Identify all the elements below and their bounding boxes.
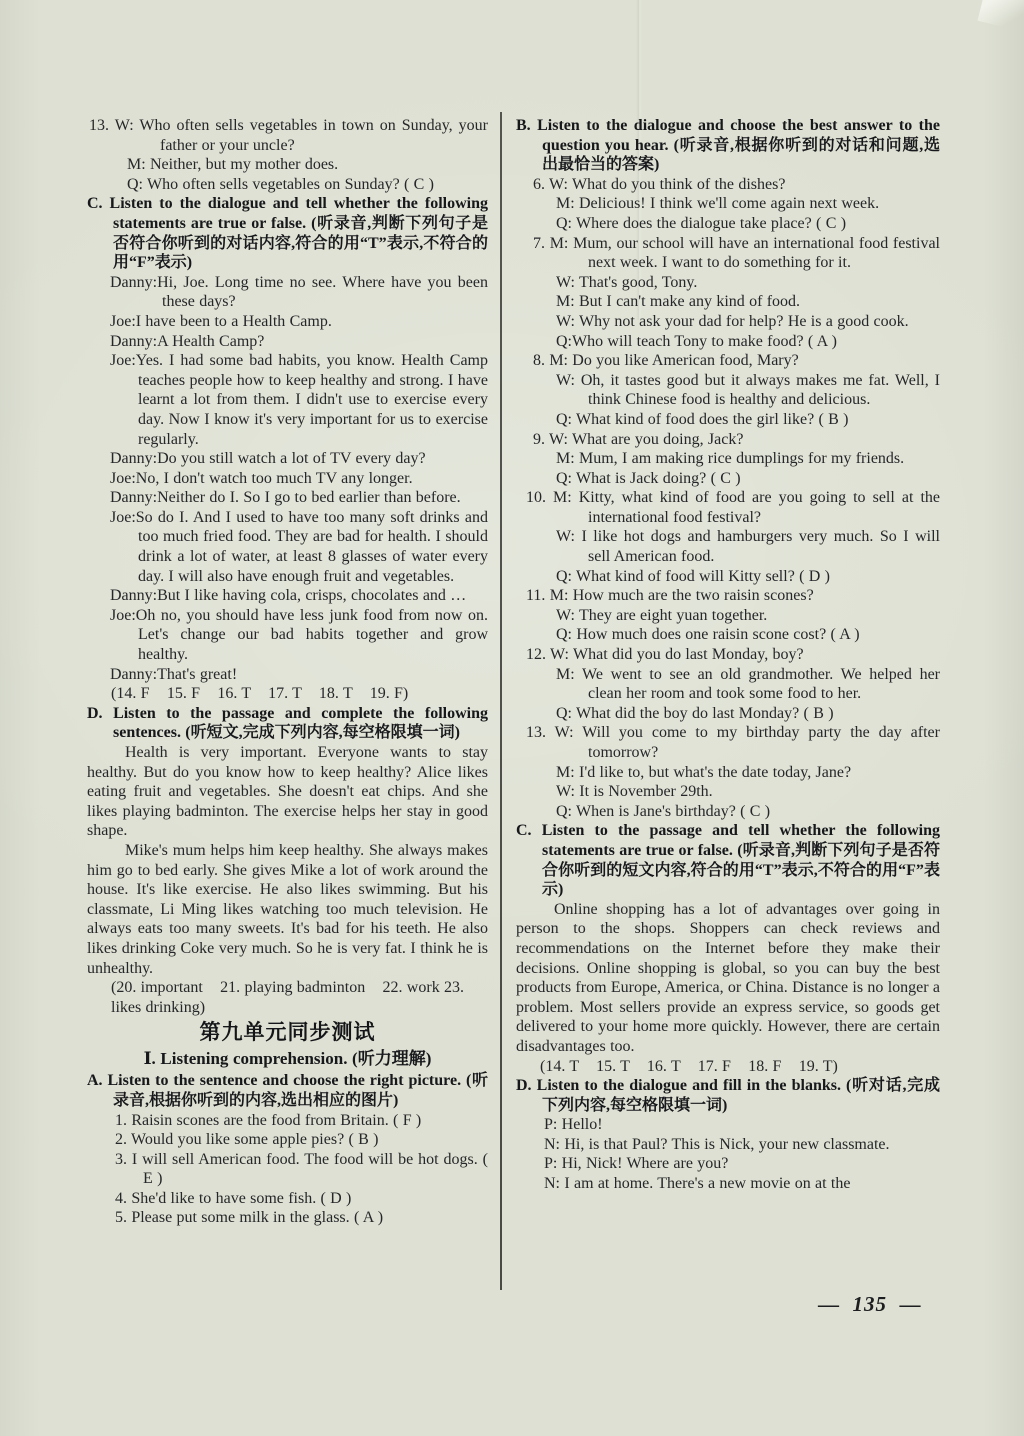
text-line: Joe:So do I. And I used to have too many… — [87, 508, 488, 586]
text-line: N: I am at home. There's a new movie on … — [516, 1174, 940, 1194]
text-line: P: Hi, Nick! Where are you? — [516, 1154, 940, 1174]
text-line: M: Delicious! I think we'll come again n… — [516, 194, 940, 214]
text-line: M: Mum, I am making rice dumplings for m… — [516, 449, 940, 469]
text-line: W: That's good, Tony. — [516, 273, 940, 293]
page-footer: — 135 — — [818, 1292, 978, 1317]
text-line: 3. I will sell American food. The food w… — [87, 1150, 488, 1189]
text-line: 9. W: What are you doing, Jack? — [516, 430, 940, 450]
column-divider — [500, 112, 502, 1290]
text-line: W: They are eight yuan together. — [516, 606, 940, 626]
text-line: Joe:No, I don't watch too much TV any lo… — [87, 469, 488, 489]
text-line: 2. Would you like some apple pies? ( B ) — [87, 1130, 488, 1150]
text-line: Q: Who often sells vegetables on Sunday?… — [87, 175, 488, 195]
text-line: 10. M: Kitty, what kind of food are you … — [516, 488, 940, 527]
text-line: Q: What kind of food does the girl like?… — [516, 410, 940, 430]
text-line: Q: What kind of food will Kitty sell? ( … — [516, 567, 940, 587]
text-line: 4. She'd like to have some fish. ( D ) — [87, 1189, 488, 1209]
text-line: Q: What did the boy do last Monday? ( B … — [516, 704, 940, 724]
text-line: Joe:Yes. I had some bad habits, you know… — [87, 351, 488, 449]
unit-title: 第九单元同步测试 — [87, 1017, 488, 1047]
text-line: 13. W: Who often sells vegetables in tow… — [87, 116, 488, 155]
exercise-heading: A. Listen to the sentence and choose the… — [87, 1071, 488, 1110]
text-line: 13. W: Will you come to my birthday part… — [516, 723, 940, 762]
exercise-heading: C. Listen to the dialogue and tell wheth… — [87, 194, 488, 272]
page-corner-fold — [978, 0, 1024, 34]
answer-key-line: (14. F 15. F 16. T 17. T 18. T 19. F) — [87, 684, 488, 704]
right-column: B. Listen to the dialogue and choose the… — [516, 116, 940, 1194]
footer-right-dash: — — [900, 1292, 922, 1316]
text-line: Online shopping has a lot of advantages … — [516, 900, 940, 1057]
text-line: Q: What is Jack doing? ( C ) — [516, 469, 940, 489]
exercise-heading: D. Listen to the passage and complete th… — [87, 704, 488, 743]
exercise-heading: B. Listen to the dialogue and choose the… — [516, 116, 940, 175]
text-line: Danny:Do you still watch a lot of TV eve… — [87, 449, 488, 469]
text-line: Mike's mum helps him keep healthy. She a… — [87, 841, 488, 978]
text-line: 6. W: What do you think of the dishes? — [516, 175, 940, 195]
text-line: M: But I can't make any kind of food. — [516, 292, 940, 312]
exercise-heading: D. Listen to the dialogue and fill in th… — [516, 1076, 940, 1115]
text-line: 5. Please put some milk in the glass. ( … — [87, 1208, 488, 1228]
left-column: 13. W: Who often sells vegetables in tow… — [87, 116, 488, 1228]
text-line: Danny:That's great! — [87, 665, 488, 685]
listening-section-title: Ⅰ. Listening comprehension. (听力理解) — [87, 1047, 488, 1071]
text-line: W: Why not ask your dad for help? He is … — [516, 312, 940, 332]
text-line: 1. Raisin scones are the food from Brita… — [87, 1111, 488, 1131]
text-line: Q:Who will teach Tony to make food? ( A … — [516, 332, 940, 352]
text-line: M: Neither, but my mother does. — [87, 155, 488, 175]
text-line: 12. W: What did you do last Monday, boy? — [516, 645, 940, 665]
answer-key-line: (20. important 21. playing badminton 22.… — [87, 978, 488, 1017]
text-line: 11. M: How much are the two raisin scone… — [516, 586, 940, 606]
text-line: N: Hi, is that Paul? This is Nick, your … — [516, 1135, 940, 1155]
text-line: 8. M: Do you like American food, Mary? — [516, 351, 940, 371]
scanned-workbook-page: 13. W: Who often sells vegetables in tow… — [0, 0, 1024, 1436]
page-number: 135 — [853, 1292, 888, 1316]
text-line: M: We went to see an old grandmother. We… — [516, 665, 940, 704]
text-line: Q: Where does the dialogue take place? (… — [516, 214, 940, 234]
text-line: Health is very important. Everyone wants… — [87, 743, 488, 841]
text-line: Joe:Oh no, you should have less junk foo… — [87, 606, 488, 665]
text-line: Danny:A Health Camp? — [87, 332, 488, 352]
text-line: W: It is November 29th. — [516, 782, 940, 802]
text-line: W: I like hot dogs and hamburgers very m… — [516, 527, 940, 566]
text-line: Q: When is Jane's birthday? ( C ) — [516, 802, 940, 822]
text-line: Danny:Hi, Joe. Long time no see. Where h… — [87, 273, 488, 312]
exercise-heading: C. Listen to the passage and tell whethe… — [516, 821, 940, 899]
text-line: M: I'd like to, but what's the date toda… — [516, 763, 940, 783]
text-line: W: Oh, it tastes good but it always make… — [516, 371, 940, 410]
text-line: Q: How much does one raisin scone cost? … — [516, 625, 940, 645]
text-line: Danny:Neither do I. So I go to bed earli… — [87, 488, 488, 508]
text-line: P: Hello! — [516, 1115, 940, 1135]
footer-left-dash: — — [818, 1292, 840, 1316]
text-line: Danny:But I like having cola, crisps, ch… — [87, 586, 488, 606]
text-line: Joe:I have been to a Health Camp. — [87, 312, 488, 332]
text-line: 7. M: Mum, our school will have an inter… — [516, 234, 940, 273]
answer-key-line: (14. T 15. T 16. T 17. F 18. F 19. T) — [516, 1057, 940, 1077]
